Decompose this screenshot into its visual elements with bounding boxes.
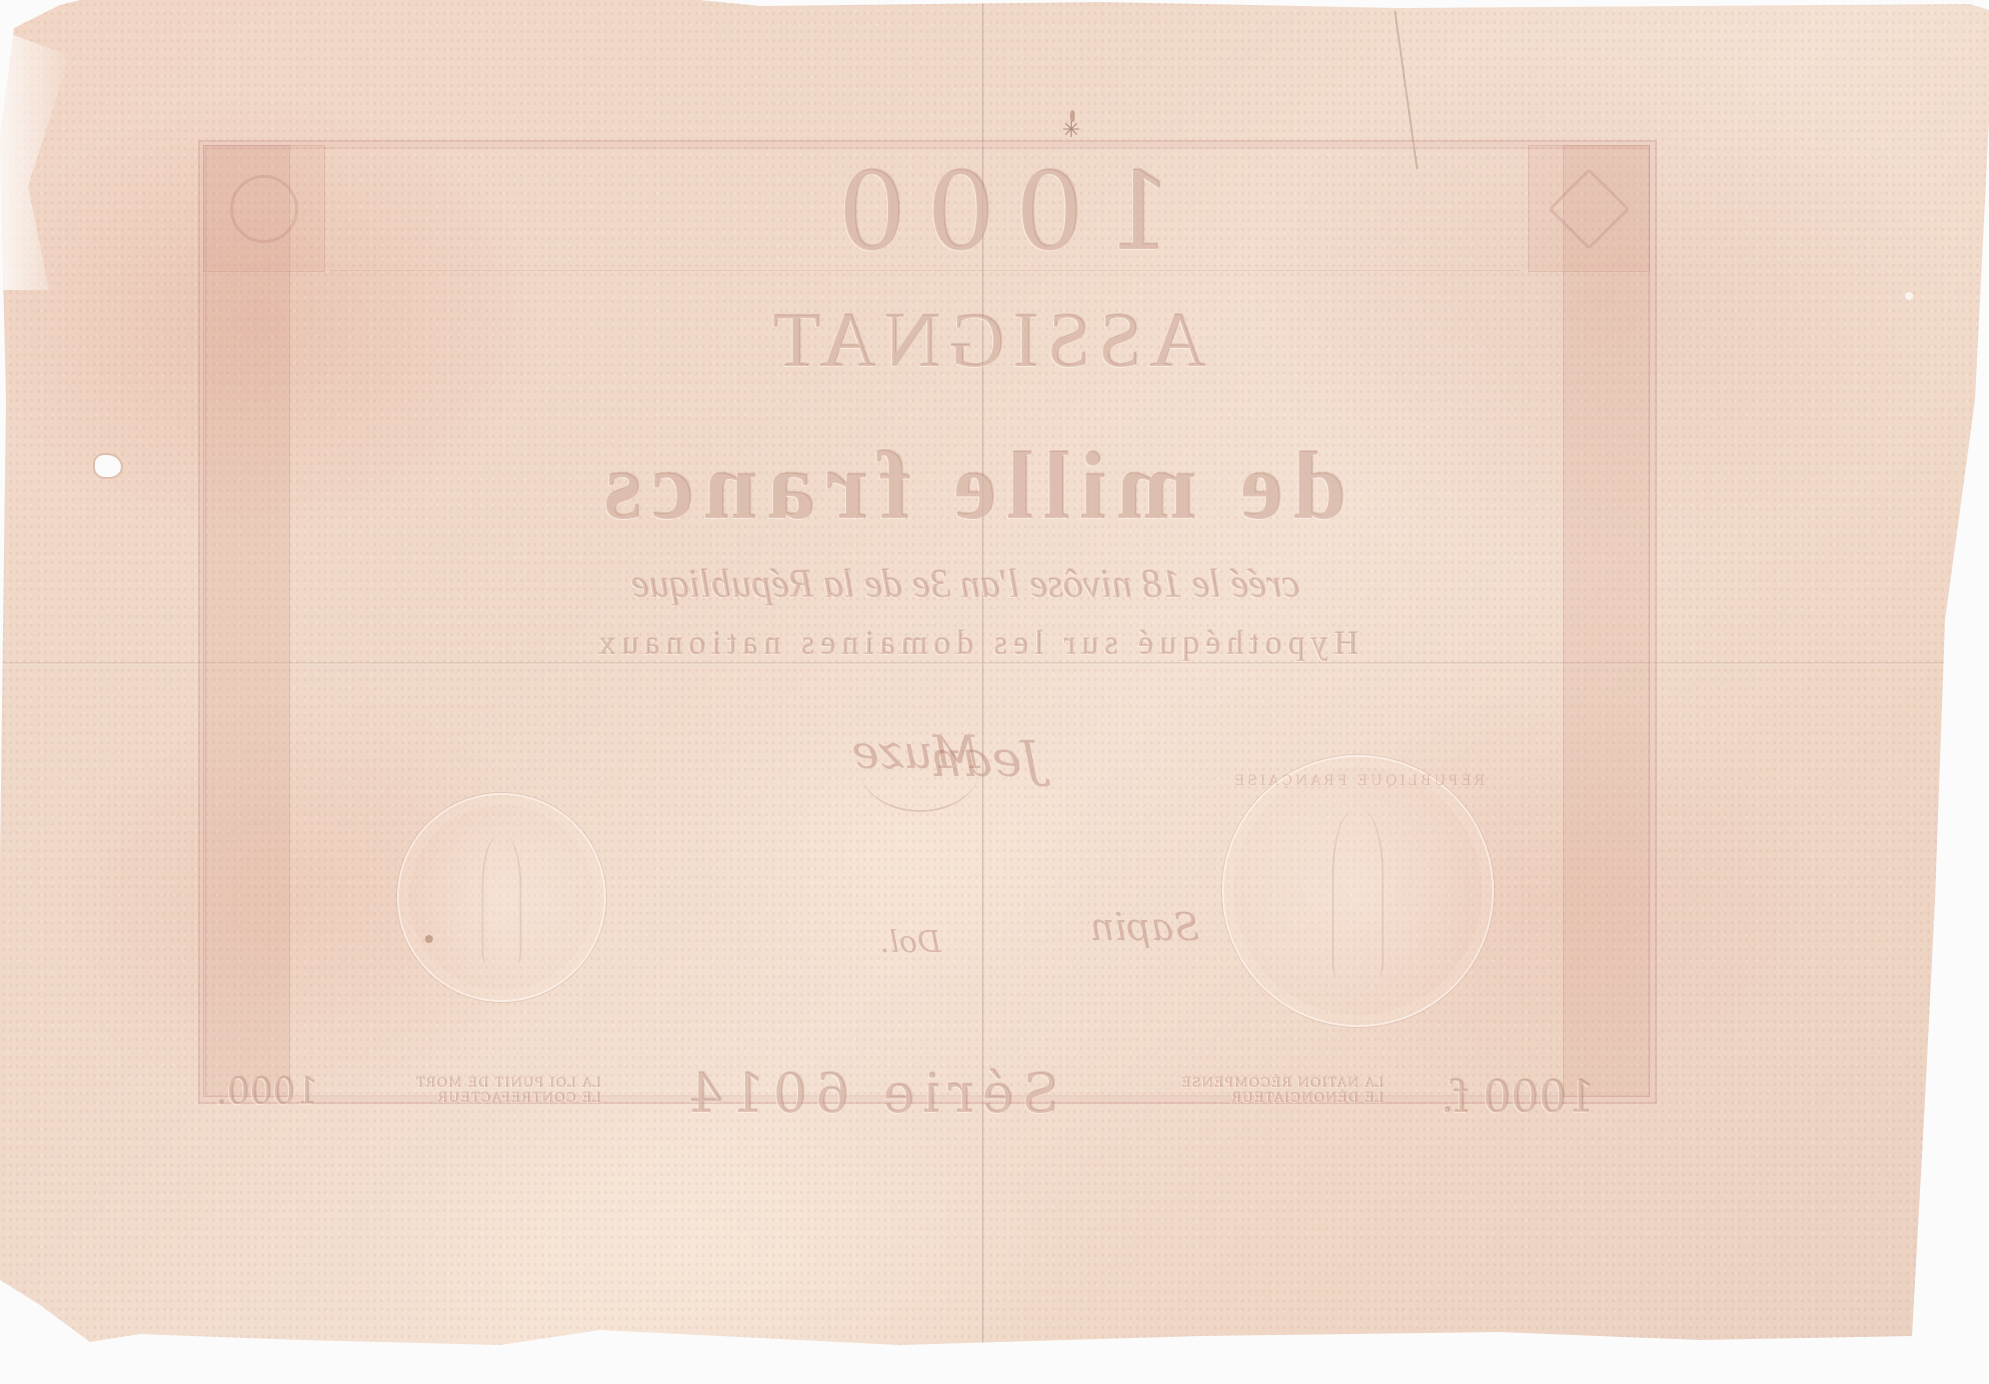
right-dry-seal: RÉPUBLIQUE FRANÇAISE — [1222, 755, 1494, 1027]
mortgage-line: Hypothéqué sur les domaines nationaux — [450, 625, 1500, 663]
footer-small-text-left: LA LOI PUNIT DE MORT LE CONTREFACTEUR — [415, 1076, 601, 1106]
top-left-corner-ornament — [203, 145, 325, 272]
right-ornament-panel — [1563, 145, 1650, 1097]
ink-spot — [1070, 110, 1075, 122]
signature-four: Dol. — [880, 925, 941, 960]
footer-small-text-right: LA NATION RÉCOMPENSE LE DÉNONCIATEUR — [1180, 1076, 1383, 1106]
note-title: ASSIGNAT — [700, 295, 1270, 385]
signature-three: Sapin — [1090, 905, 1200, 949]
footer-small-right-line-1: LA NATION RÉCOMPENSE — [1180, 1076, 1383, 1091]
footer-serial-right: 1000 f. — [1440, 1072, 1595, 1123]
top-right-corner-ornament — [1528, 145, 1650, 272]
rosette-icon — [230, 175, 298, 243]
paper-hole — [95, 455, 121, 477]
footer-small-right-line-2: LE DÉNONCIATEUR — [1180, 1091, 1383, 1106]
right-seal-legend: RÉPUBLIQUE FRANÇAISE — [1224, 773, 1492, 789]
footer-serial-left: 1000. — [215, 1072, 318, 1113]
left-dry-seal — [397, 793, 606, 1002]
standing-figures-icon — [1332, 811, 1384, 977]
denomination-top: 1000 — [765, 150, 1225, 275]
footer-small-left-line-1: LA LOI PUNIT DE MORT — [415, 1076, 601, 1091]
creation-line: créé le 18 nivôse l'an 3e de la Républiq… — [415, 560, 1515, 607]
signature-two: Jean — [930, 730, 1042, 788]
banknote-sheet: ✳ 1000 ASSIGNAT de mille francs créé le … — [0, 0, 1989, 1384]
left-ornament-panel — [203, 145, 290, 1097]
footer-small-left-line-2: LE CONTREFACTEUR — [415, 1091, 601, 1106]
standing-figure-icon — [481, 836, 522, 963]
diamond-ornament-icon — [1548, 167, 1630, 249]
ink-spot — [425, 935, 433, 943]
note-subtitle: de mille francs — [420, 430, 1520, 541]
pinhole — [1905, 292, 1913, 300]
footer-series: Série 6014 — [680, 1062, 1059, 1125]
